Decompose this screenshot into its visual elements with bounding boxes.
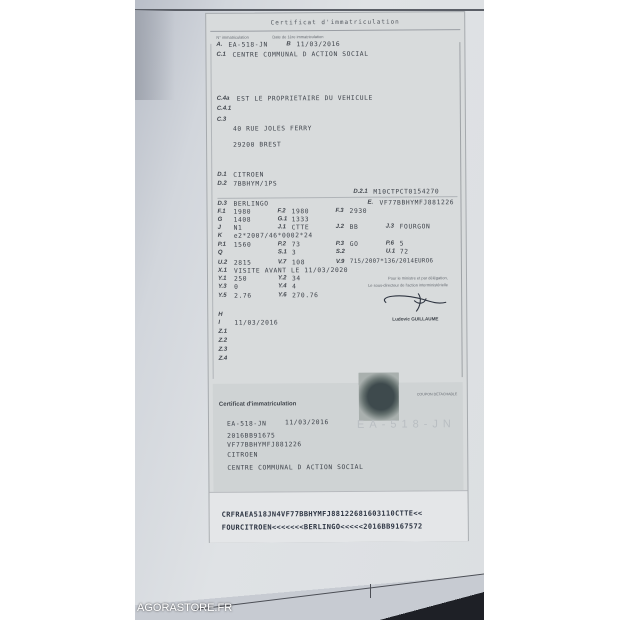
field-j-label: J xyxy=(218,225,221,231)
coupon-corner-label: COUPON DETACHABLE xyxy=(417,392,458,396)
field-p2-value: 73 xyxy=(292,241,301,248)
field-d1-label: D.1 xyxy=(217,172,226,178)
field-z2-label: Z.2 xyxy=(218,338,227,344)
field-s1-value: 3 xyxy=(292,249,296,256)
field-b-label: B xyxy=(286,41,290,47)
field-f3-value: 2930 xyxy=(350,208,368,215)
coupon-formula-number: 2016BB91675 xyxy=(227,432,275,439)
field-f1-label: F.1 xyxy=(218,209,226,215)
coupon-registration: EA-518-JN xyxy=(227,420,267,427)
field-i-label: I xyxy=(218,320,220,326)
field-d3-value: BERLINGO xyxy=(233,200,268,207)
field-y6-label: Y.6 xyxy=(278,292,287,298)
field-b-value: 11/03/2016 xyxy=(296,41,340,48)
field-j2-value: BB xyxy=(350,224,359,231)
field-v9-value: 715/2007*136/2014EURO6 xyxy=(350,258,433,265)
certificate-title: Certificat d'immatriculation xyxy=(206,18,464,27)
field-j-value: N1 xyxy=(234,225,243,232)
field-j3-label: J.3 xyxy=(386,224,394,230)
field-y1-value: 250 xyxy=(234,276,247,283)
field-k-label: K xyxy=(218,233,222,239)
field-h-label: H xyxy=(218,312,222,318)
field-u2-label: U.2 xyxy=(218,260,227,266)
field-a-label: A. xyxy=(216,42,222,48)
field-c41-label: C.4.1 xyxy=(217,106,231,112)
field-z1-label: Z.1 xyxy=(218,329,227,335)
field-y3-value: 0 xyxy=(234,284,238,291)
registration-certificate: Certificat d'immatriculation N° immatric… xyxy=(205,11,469,543)
field-k-value: e2*2007/46*0002*24 xyxy=(234,232,313,240)
field-p6-label: P.6 xyxy=(386,241,394,247)
field-c1-value: CENTRE COMMUNAL D ACTION SOCIAL xyxy=(232,51,368,59)
field-x1-label: X.1 xyxy=(218,268,227,274)
field-y5-label: Y.5 xyxy=(218,293,227,299)
field-e-label: E. xyxy=(367,200,373,206)
field-v7-label: V.7 xyxy=(278,259,287,265)
field-u1-value: 72 xyxy=(400,248,409,255)
field-d3-label: D.3 xyxy=(217,201,226,207)
coupon-title: Certificat d'immatriculation xyxy=(219,401,296,408)
signatory-name: Ludovic GUILLAUME xyxy=(392,316,438,321)
field-e-value: VF77BBHYMFJ881226 xyxy=(379,199,454,207)
field-c4a-value: EST LE PROPRIETAIRE DU VEHICULE xyxy=(237,95,373,103)
field-j3-value: FOURGON xyxy=(400,223,431,230)
field-y2-value: 34 xyxy=(292,275,301,282)
field-v7-value: 108 xyxy=(292,259,305,266)
field-c1-label: C.1 xyxy=(216,52,225,58)
registration-number-header: N° immatriculation xyxy=(216,35,249,40)
address-line-1: 40 RUE JOLES FERRY xyxy=(233,125,312,133)
field-f2-value: 1980 xyxy=(292,208,310,215)
field-d21-value: M10CTPCT0154270 xyxy=(373,188,439,195)
field-p2-label: P.2 xyxy=(278,241,286,247)
field-s1-label: S.1 xyxy=(278,249,287,255)
field-j2-label: J.2 xyxy=(336,224,344,230)
field-z3-label: Z.3 xyxy=(218,347,227,353)
field-c3-label: C.3 xyxy=(217,117,226,123)
watermark: AGORASTORE.FR xyxy=(137,602,232,614)
field-u1-label: U.1 xyxy=(386,249,395,255)
field-y1-label: Y.1 xyxy=(218,276,227,282)
field-y4-value: 4 xyxy=(292,283,296,290)
field-p6-value: 5 xyxy=(400,241,404,248)
coupon-holder: CENTRE COMMUNAL D ACTION SOCIAL xyxy=(227,464,363,472)
field-g1-label: G.1 xyxy=(278,216,288,222)
field-d2-value: 7BBHYM/1PS xyxy=(233,180,277,187)
mrz-zone: CRFRAEA518JN4VF77BBHYMFJ88122681603110CT… xyxy=(209,490,467,543)
coupon-vin: VF77BBHYMFJ881226 xyxy=(227,441,302,449)
field-f1-value: 1980 xyxy=(234,209,252,216)
field-g1-value: 1333 xyxy=(292,216,310,223)
field-d21-label: D.2.1 xyxy=(353,189,367,195)
mrz-line-1: CRFRAEA518JN4VF77BBHYMFJ88122681603110CT… xyxy=(222,509,423,518)
shadow xyxy=(135,10,175,100)
field-q-label: Q xyxy=(218,250,223,256)
authority-line-1: Pour le ministre et par délégation, xyxy=(388,275,448,280)
coupon-date: 11/03/2016 xyxy=(285,419,329,426)
field-s2-label: S.2 xyxy=(336,249,345,255)
field-a-value: EA-518-JN xyxy=(228,41,268,48)
field-v9-label: V.9 xyxy=(336,259,345,265)
field-p3-value: GO xyxy=(350,241,359,248)
field-p3-label: P.3 xyxy=(336,241,344,247)
field-y4-label: Y.4 xyxy=(278,283,287,289)
field-p1-label: P.1 xyxy=(218,242,226,248)
field-g-label: G xyxy=(218,217,223,223)
field-i-value: 11/03/2016 xyxy=(234,319,278,326)
field-y2-label: Y.2 xyxy=(278,275,287,281)
background-dark-edge xyxy=(364,590,484,620)
first-registration-header: Date de 1ère immatriculation xyxy=(272,34,323,39)
divider xyxy=(210,29,460,32)
official-stamp xyxy=(359,373,399,421)
signature xyxy=(378,290,448,312)
field-c4a-label: C.4a xyxy=(217,96,230,102)
field-g-value: 1408 xyxy=(234,217,252,224)
address-line-2: 29200 BREST xyxy=(233,141,281,148)
field-f3-label: F.3 xyxy=(336,208,344,214)
field-f2-label: F.2 xyxy=(278,208,286,214)
field-y5-value: 2.76 xyxy=(234,293,252,300)
field-j1-value: CTTE xyxy=(292,224,310,231)
field-d2-label: D.2 xyxy=(217,181,226,187)
field-j1-label: J.1 xyxy=(278,224,286,230)
paper-edge xyxy=(370,584,371,598)
field-p1-value: 1560 xyxy=(234,242,252,249)
mrz-line-2: FOURCITROEN<<<<<<<BERLINGO<<<<<2016BB916… xyxy=(222,522,423,531)
field-y6-value: 270.76 xyxy=(292,292,318,299)
authority-line-2: Le sous-directeur de l'action interminis… xyxy=(368,282,448,288)
field-z4-label: Z.4 xyxy=(219,356,228,362)
field-y3-label: Y.3 xyxy=(218,284,227,290)
field-x1-value: VISITE AVANT LE 11/03/2020 xyxy=(234,267,348,275)
coupon-make: CITROEN xyxy=(227,452,258,459)
ghost-plate: EA-518-JN xyxy=(357,418,456,431)
field-u2-value: 2815 xyxy=(234,260,252,267)
field-d1-value: CITROEN xyxy=(233,172,264,179)
